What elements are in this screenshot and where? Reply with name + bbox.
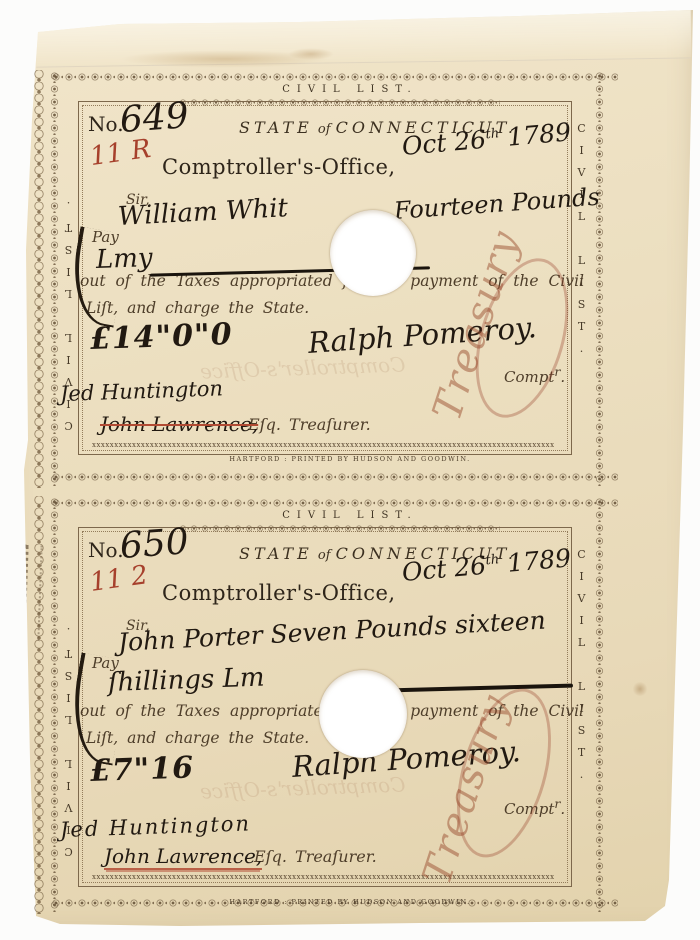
pay-order-650: CIVIL LIST. CIVIL LIST. CIVIL LIST. Comp… xyxy=(32,496,668,914)
bottom-ornament-band xyxy=(50,470,618,484)
printer-imprint: HARTFORD : PRINTED BY HUDSON AND GOODWIN… xyxy=(132,455,568,463)
office-line: Comptroller's-Office, xyxy=(162,581,396,605)
separator-row: xxxxxxxxxxxxxxxxxxxxxxxxxxxxxxxxxxxxxxxx… xyxy=(92,441,554,451)
left-civil-list-label: CIVIL LIST. xyxy=(61,552,75,858)
amount-figures: £14"0"0 xyxy=(89,317,233,357)
paper-stain xyxy=(288,48,334,60)
pay-order-649: CIVIL LIST. CIVIL LIST. CIVIL LIST. Comp… xyxy=(32,70,668,488)
punch-hole xyxy=(330,210,416,296)
left-vine-border xyxy=(32,496,46,914)
right-chain-border xyxy=(593,70,606,488)
treasurer-title: Eſq. Treaſurer. xyxy=(254,847,377,866)
certificate-number: 650 xyxy=(119,521,190,567)
body-text-line2: Liſt, and charge the State. xyxy=(86,299,309,317)
office-line: Comptroller's-Office, xyxy=(162,155,396,179)
number-label: No. xyxy=(88,112,124,136)
certificate-number: 649 xyxy=(119,95,190,141)
left-vine-border xyxy=(32,70,46,488)
civil-list-header: CIVIL LIST. xyxy=(32,84,668,95)
right-civil-list-label: CIVIL LIST. xyxy=(575,548,589,854)
amount-figures: £7"16 xyxy=(89,750,194,789)
top-ornament-band xyxy=(50,496,618,510)
treasurer-name-underlined: John Lawrence, xyxy=(104,844,262,870)
number-label: No. xyxy=(88,538,124,562)
body-text-line2: Liſt, and charge the State. xyxy=(86,729,309,747)
top-ornament-band xyxy=(50,70,618,84)
treasurer-title: Eſq. Treaſurer. xyxy=(248,415,371,434)
treasurer-name-struck: John Lawrence, xyxy=(100,412,258,436)
punch-hole xyxy=(319,670,407,758)
separator-row: xxxxxxxxxxxxxxxxxxxxxxxxxxxxxxxxxxxxxxxx… xyxy=(92,873,554,883)
printer-imprint: HARTFORD : PRINTED BY HUDSON AND GOODWIN… xyxy=(132,898,568,906)
civil-list-header: CIVIL LIST. xyxy=(32,510,668,521)
left-chain-border xyxy=(48,70,61,488)
left-chain-border xyxy=(48,496,61,914)
right-chain-border xyxy=(593,496,606,914)
payee-handwriting-line2: ſhillings Lm xyxy=(107,663,264,698)
